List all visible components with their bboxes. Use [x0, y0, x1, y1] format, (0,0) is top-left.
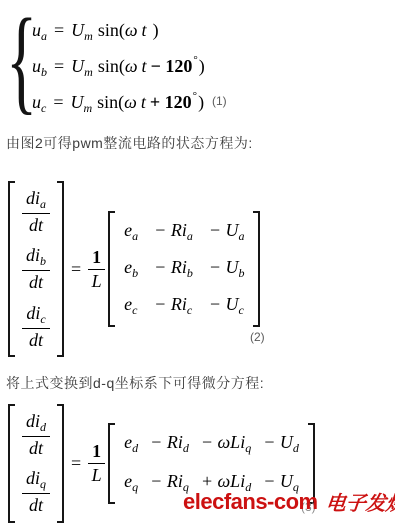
- equation-number-1: (1): [212, 94, 227, 108]
- fraction-dia-dt: diadt: [22, 188, 50, 235]
- paren-close: ): [198, 92, 204, 112]
- equation-2-state: diadt dibdt dicdt = 1L ea − Ria − Ua eb …: [8, 181, 260, 357]
- matrix-cell: − ωLiq: [201, 432, 251, 456]
- matrix-cell: ec: [124, 294, 138, 318]
- var-t: t: [141, 92, 146, 112]
- lhs-derivative-vector: diddt diqdt: [8, 404, 64, 523]
- subscript-c: c: [40, 312, 45, 326]
- denominator-L: L: [92, 270, 102, 292]
- matrix-cell: − Ud: [263, 432, 299, 456]
- phase-offset: + 120: [150, 92, 192, 112]
- watermark-chinese-text: 电子发烧友: [324, 487, 395, 516]
- matrix-entries: ea − Ria − Ua eb − Rib − Ub ec − Ric − U…: [115, 211, 253, 327]
- equation-1-system: { ua=Umsin(ωt) ub=Umsin(ωt− 120°) uc=Ums…: [6, 6, 205, 114]
- matrix-cell: eb: [124, 257, 138, 281]
- denominator: dt: [29, 271, 43, 293]
- left-bracket: [108, 423, 115, 504]
- denominator: dt: [29, 214, 43, 236]
- subscript-a: a: [40, 197, 46, 211]
- subscript-d: d: [40, 420, 46, 434]
- numerator: di: [26, 245, 40, 265]
- matrix-cell: − Uc: [209, 294, 245, 318]
- subscript-m: m: [84, 29, 93, 43]
- right-bracket: [253, 211, 260, 327]
- denominator: dt: [29, 329, 43, 351]
- var-Um: U: [70, 92, 83, 112]
- equation-1-line-c: uc=Umsin(ωt+ 120°): [32, 78, 205, 114]
- equals-sign: =: [54, 20, 64, 40]
- subscript-b: b: [41, 65, 47, 79]
- matrix-cell: ea: [124, 220, 138, 244]
- numerator-1: 1: [88, 247, 105, 270]
- coefficient-1-over-L: 1L: [88, 247, 105, 291]
- numerator: di: [26, 468, 40, 488]
- sin-open: sin(: [98, 20, 125, 40]
- numerator: di: [26, 411, 40, 431]
- vector-entries: diddt diqdt: [15, 404, 57, 523]
- paren-close: ): [199, 56, 205, 76]
- right-bracket: [57, 404, 64, 523]
- numerator: di: [26, 303, 40, 323]
- left-bracket: [8, 404, 15, 523]
- sin-open: sin(: [98, 56, 125, 76]
- paragraph-state-equation: 由图2可得pwm整流电路的状态方程为:: [6, 133, 253, 153]
- fraction-dib-dt: dibdt: [22, 245, 50, 292]
- equals-sign: =: [71, 453, 81, 474]
- elecfans-logo: elecfans-com: [183, 489, 318, 515]
- paragraph-dq-transform: 将上式变换到d-q坐标系下可得微分方程:: [6, 373, 264, 393]
- fraction-diq-dt: diqdt: [22, 468, 50, 515]
- watermark: elecfans-com 电子发烧友: [183, 487, 395, 516]
- subscript-m: m: [83, 101, 92, 115]
- denominator-L: L: [92, 464, 102, 486]
- left-bracket: [108, 211, 115, 327]
- equals-sign: =: [53, 92, 63, 112]
- rhs-matrix: ea − Ria − Ua eb − Rib − Ub ec − Ric − U…: [108, 211, 260, 327]
- var-Um: U: [71, 20, 84, 40]
- vector-entries: diadt dibdt dicdt: [15, 181, 57, 357]
- phase-offset: − 120: [151, 56, 193, 76]
- left-bracket: [8, 181, 15, 357]
- var-Um: U: [71, 56, 84, 76]
- sin-open: sin(: [97, 92, 124, 112]
- degree-symbol: °: [193, 54, 197, 66]
- degree-symbol: °: [193, 90, 197, 102]
- paren-close: ): [153, 20, 159, 40]
- equation-1-line-a: ua=Umsin(ωt): [32, 6, 205, 42]
- matrix-cell: − Ub: [209, 257, 245, 281]
- lhs-derivative-vector: diadt dibdt dicdt: [8, 181, 64, 357]
- omega: ω: [124, 92, 137, 112]
- denominator: dt: [29, 494, 43, 516]
- equals-sign: =: [54, 56, 64, 76]
- coefficient-1-over-L: 1L: [88, 441, 105, 485]
- matrix-cell: ed: [124, 432, 138, 456]
- var-t: t: [142, 56, 147, 76]
- var-t: t: [142, 20, 147, 40]
- equation-1-lines: ua=Umsin(ωt) ub=Umsin(ωt− 120°) uc=Umsin…: [32, 6, 205, 114]
- subscript-c: c: [41, 101, 46, 115]
- numerator: di: [26, 188, 40, 208]
- matrix-cell: − Ua: [209, 220, 245, 244]
- denominator: dt: [29, 437, 43, 459]
- subscript-m: m: [84, 65, 93, 79]
- matrix-cell: − Rib: [154, 257, 193, 281]
- omega: ω: [125, 56, 138, 76]
- subscript-b: b: [40, 254, 46, 268]
- fraction-dic-dt: dicdt: [22, 303, 49, 350]
- equation-number-2: (2): [250, 330, 265, 344]
- equals-sign: =: [71, 259, 81, 280]
- subscript-q: q: [40, 477, 46, 491]
- matrix-cell: − Ria: [154, 220, 193, 244]
- subscript-a: a: [41, 29, 47, 43]
- left-brace: {: [6, 8, 20, 112]
- matrix-cell: − Rid: [150, 432, 189, 456]
- numerator-1: 1: [88, 441, 105, 464]
- fraction-did-dt: diddt: [22, 411, 50, 458]
- omega: ω: [125, 20, 138, 40]
- matrix-cell: eq: [124, 471, 138, 495]
- equation-1-line-b: ub=Umsin(ωt− 120°): [32, 42, 205, 78]
- right-bracket: [57, 181, 64, 357]
- matrix-cell: − Ric: [154, 294, 193, 318]
